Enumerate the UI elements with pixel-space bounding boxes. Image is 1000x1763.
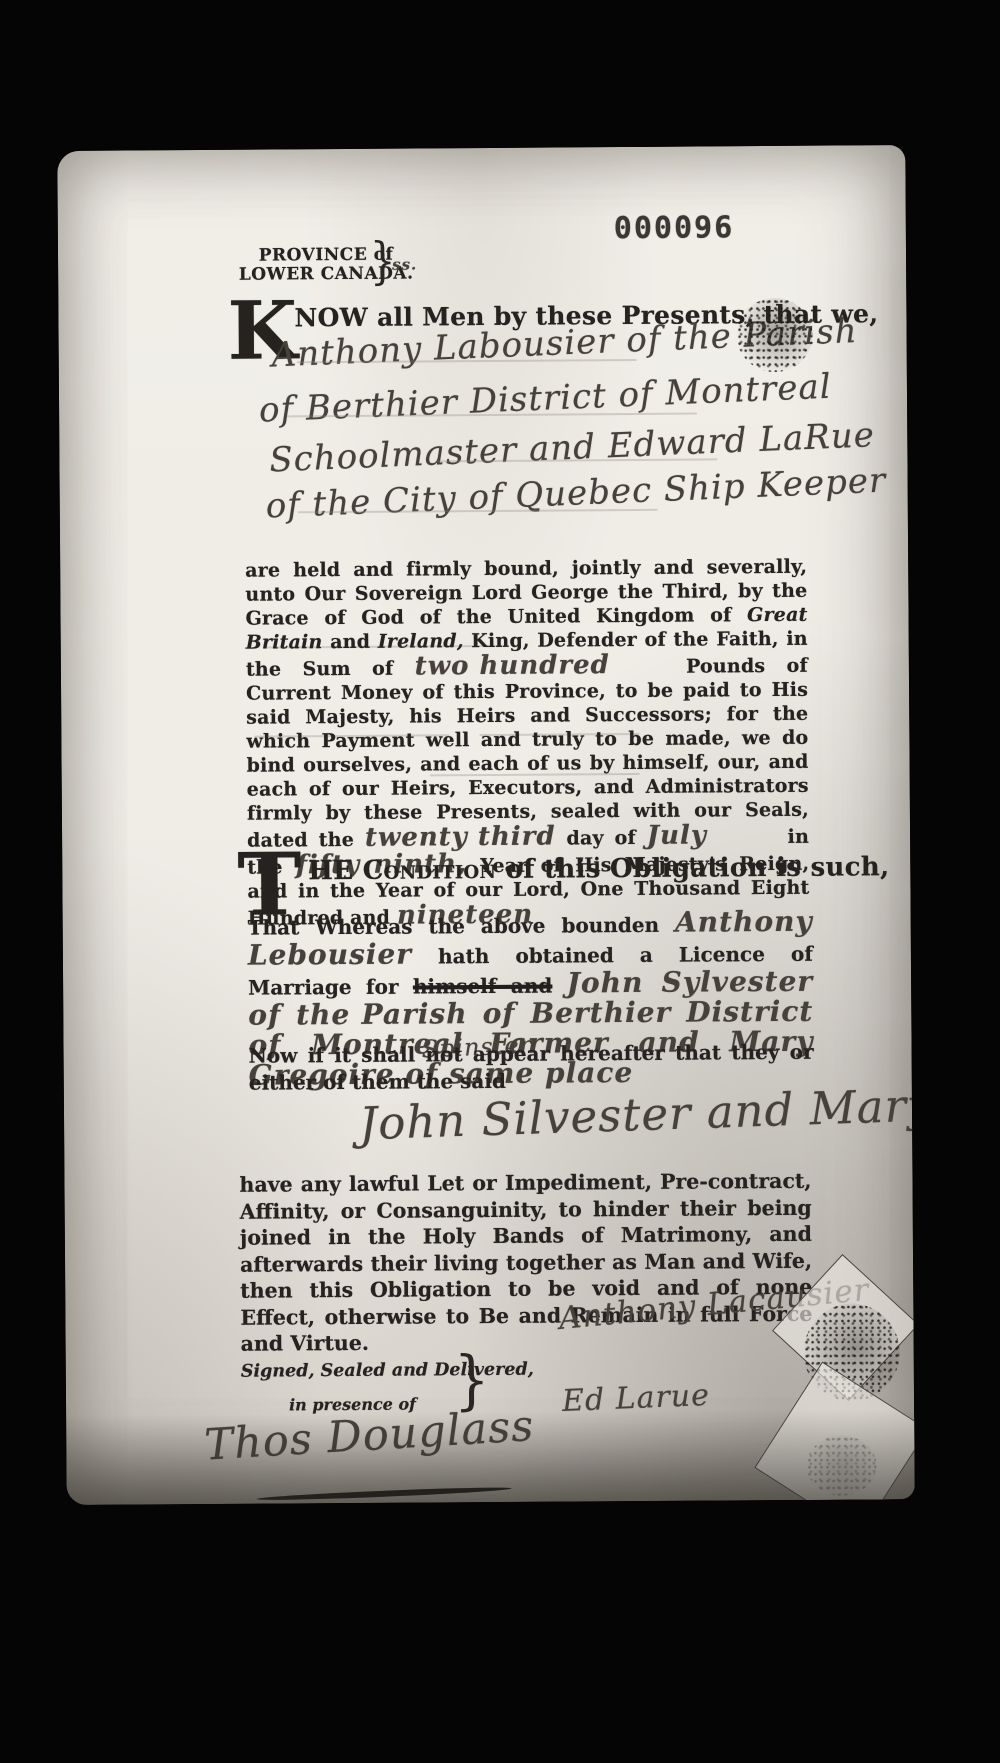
closing-paragraph: have any lawful Let or Impediment, Pre-c… — [239, 1168, 812, 1357]
whereas-text: That Whereas the above bounden — [248, 913, 660, 940]
condition-heading-he: HE — [308, 856, 353, 886]
condition-heading-rest: of this Obligation is such, — [505, 852, 889, 885]
bond-text: are held and firmly bound, jointly and s… — [245, 556, 807, 630]
condition-heading-word: Condition — [363, 855, 497, 886]
handwritten-month: July — [647, 822, 777, 849]
bond-text: day of — [566, 827, 636, 849]
page-edge-shadow — [66, 1409, 915, 1505]
ink-blot — [736, 298, 813, 373]
attestation-line-1: Signed, Sealed and Delivered, — [241, 1360, 534, 1382]
handwritten-day: twenty third — [365, 824, 556, 851]
scan-background: 000096 PROVINCE of LOWER CANADA. } ss. K… — [0, 0, 1000, 1763]
bond-text: and — [330, 631, 370, 653]
bond-italic-ireland: Ireland, — [378, 630, 464, 653]
handwritten-bounden-name-1: Anthony — [675, 905, 813, 939]
handwritten-sum: two hundred — [415, 652, 665, 680]
serial-number-stamp: 000096 — [614, 210, 735, 246]
ss-abbreviation: ss. — [392, 255, 417, 273]
struck-through-text: himself and — [413, 974, 553, 999]
handwritten-bounden-name-2: Lebousier — [248, 938, 412, 972]
condition-heading: HE Condition of this Obligation is such, — [308, 852, 889, 886]
document-page: 000096 PROVINCE of LOWER CANADA. } ss. K… — [57, 145, 914, 1505]
